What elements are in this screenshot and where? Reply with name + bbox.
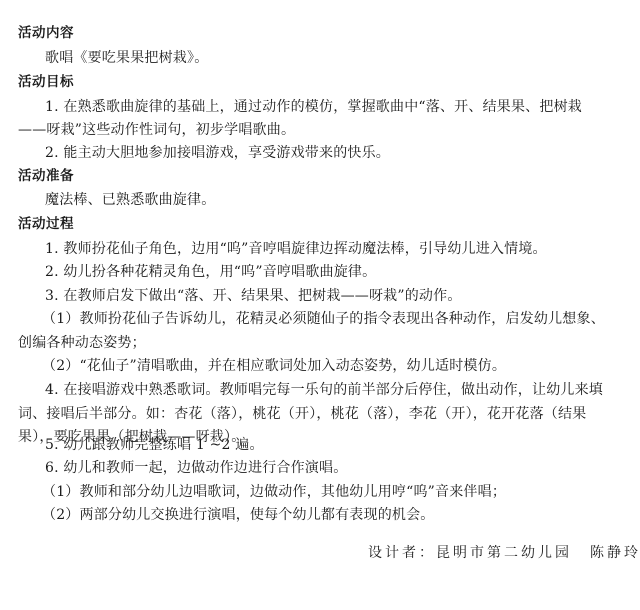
- process-step-4-line-2: 词、接唱后半部分。如：杏花（落），桃花（开），桃花（落），李花（开），花开花落（…: [18, 405, 586, 423]
- goal-item-1-line-1: 1. 在熟悉歌曲旋律的基础上，通过动作的模仿，掌握歌曲中“落、开、结果果、把树栽: [45, 98, 582, 116]
- goal-item-2: 2. 能主动大胆地参加接唱游戏，享受游戏带来的快乐。: [45, 144, 390, 162]
- document-page: 活动内容 歌唱《要吃果果把树栽》。 活动目标 1. 在熟悉歌曲旋律的基础上，通过…: [0, 0, 640, 610]
- activity-preparation-body: 魔法棒、已熟悉歌曲旋律。: [45, 191, 215, 209]
- process-step-1: 1. 教师扮花仙子角色，边用“呜”音哼唱旋律边挥动魔法棒，引导幼儿进入情境。: [45, 240, 547, 258]
- process-step-5: 5. 幼儿跟教师完整练唱 1 ~2 遍。: [45, 436, 264, 454]
- goal-item-1-line-2: ——呀栽”这些动作性词句，初步学唱歌曲。: [18, 121, 295, 139]
- process-step-6-sub-2: （2）两部分幼儿交换进行演唱，使每个幼儿都有表现的机会。: [42, 506, 435, 524]
- heading-activity-content: 活动内容: [18, 24, 74, 42]
- heading-activity-process: 活动过程: [18, 215, 74, 233]
- process-step-2: 2. 幼儿扮各种花精灵角色，用“呜”音哼唱歌曲旋律。: [45, 263, 376, 281]
- designer-name: 陈静玲: [590, 545, 640, 561]
- heading-activity-preparation: 活动准备: [18, 167, 74, 185]
- process-step-3-sub-1-line-2: 创编各种动态姿势；: [18, 334, 146, 352]
- process-step-3-sub-1-line-1: （1）教师扮花仙子告诉幼儿，花精灵必须随仙子的指令表现出各种动作，启发幼儿想象、: [42, 310, 605, 328]
- process-step-3: 3. 在教师启发下做出“落、开、结果果、把树栽——呀栽”的动作。: [45, 287, 462, 305]
- process-step-4-line-1: 4. 在接唱游戏中熟悉歌词。教师唱完每一乐句的前半部分后停住，做出动作，让幼儿来…: [45, 381, 603, 399]
- process-step-6-sub-1: （1）教师和部分幼儿边唱歌词，边做动作，其他幼儿用哼“呜”音来伴唱；: [42, 483, 506, 501]
- process-step-6: 6. 幼儿和教师一起，边做动作边进行合作演唱。: [45, 459, 347, 477]
- designer-affiliation: 设计者：昆明市第二幼儿园: [368, 545, 572, 561]
- heading-activity-goals: 活动目标: [18, 73, 74, 91]
- activity-content-body: 歌唱《要吃果果把树栽》。: [45, 49, 208, 67]
- designer-signature: 设计者：昆明市第二幼儿园陈静玲: [368, 544, 640, 562]
- process-step-3-sub-2: （2）“花仙子”清唱歌曲，并在相应歌词处加入动态姿势，幼儿适时模仿。: [42, 357, 506, 375]
